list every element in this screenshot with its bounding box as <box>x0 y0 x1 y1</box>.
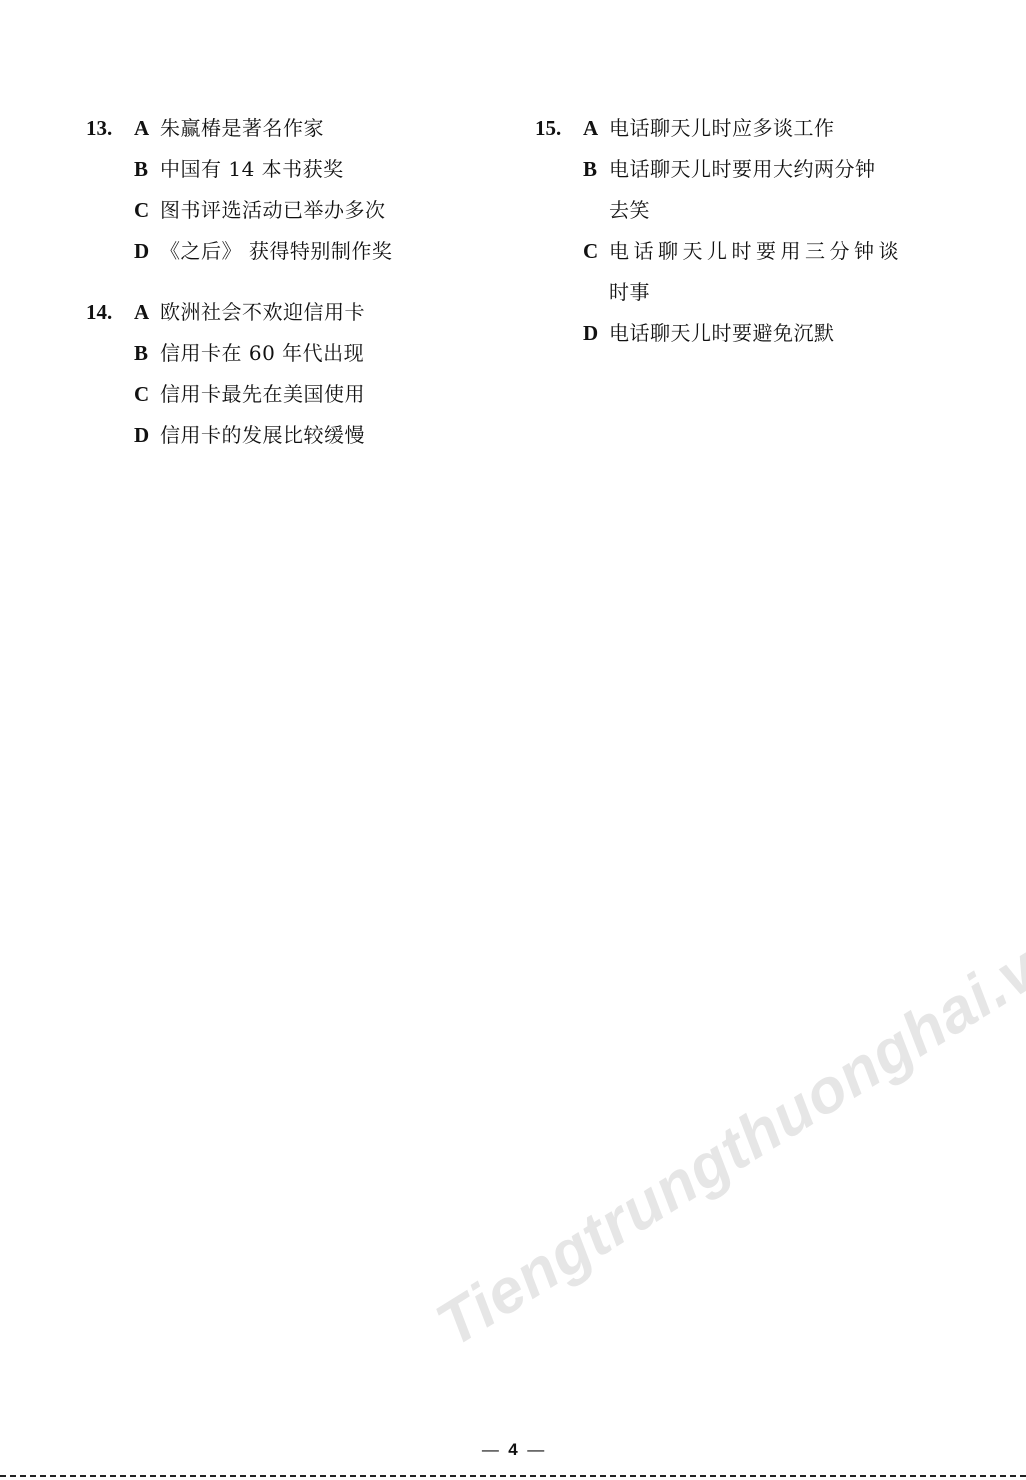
option-text: 中国有 14 本书获奖 <box>160 149 344 190</box>
option-row: C 电话聊天儿时要用三分钟谈 <box>535 231 903 272</box>
dash-left: — <box>482 1440 499 1459</box>
question-number: 14. <box>86 292 134 333</box>
page-number-value: 4 <box>508 1440 517 1459</box>
watermark: Tiengtrungthuonghai.vn <box>424 912 1026 1361</box>
option-row: C 图书评选活动已举办多次 <box>86 190 392 231</box>
option-text: 电话聊天儿时要用三分钟谈 <box>609 231 903 272</box>
option-text: 图书评选活动已举办多次 <box>160 190 386 231</box>
bottom-divider <box>0 1475 1026 1477</box>
option-text: 电话聊天儿时要避免沉默 <box>609 313 835 354</box>
option-letter: A <box>134 292 160 333</box>
question-13: 13. A 朱赢椿是著名作家 B 中国有 14 本书获奖 C 图书评选活动已举办… <box>86 108 392 272</box>
option-text: 信用卡的发展比较缓慢 <box>160 415 365 456</box>
option-row: B 中国有 14 本书获奖 <box>86 149 392 190</box>
option-row: D 电话聊天儿时要避免沉默 <box>535 313 903 354</box>
dash-right: — <box>527 1440 544 1459</box>
option-text: 电话聊天儿时应多谈工作 <box>609 108 835 149</box>
option-letter: D <box>134 415 160 456</box>
option-row: 14. A 欧洲社会不欢迎信用卡 <box>86 292 365 333</box>
page-number: — 4 — <box>0 1440 1026 1460</box>
option-text: 朱赢椿是著名作家 <box>160 108 324 149</box>
option-letter: A <box>134 108 160 149</box>
option-letter: D <box>583 313 609 354</box>
option-text: 信用卡在 60 年代出现 <box>160 333 364 374</box>
option-row: 13. A 朱赢椿是著名作家 <box>86 108 392 149</box>
question-14: 14. A 欧洲社会不欢迎信用卡 B 信用卡在 60 年代出现 C 信用卡最先在… <box>86 292 365 456</box>
option-text-continuation: 去笑 <box>535 190 903 231</box>
question-number: 13. <box>86 108 134 149</box>
question-number: 15. <box>535 108 583 149</box>
option-row: 15. A 电话聊天儿时应多谈工作 <box>535 108 903 149</box>
option-text: 电话聊天儿时要用大约两分钟 <box>609 149 876 190</box>
option-row: C 信用卡最先在美国使用 <box>86 374 365 415</box>
option-letter: C <box>134 374 160 415</box>
option-letter: A <box>583 108 609 149</box>
option-letter: D <box>134 231 160 272</box>
question-15: 15. A 电话聊天儿时应多谈工作 B 电话聊天儿时要用大约两分钟 去笑 C 电… <box>535 108 903 354</box>
option-row: D 信用卡的发展比较缓慢 <box>86 415 365 456</box>
option-letter: C <box>583 231 609 272</box>
option-text: 欧洲社会不欢迎信用卡 <box>160 292 365 333</box>
option-row: D 《之后》 获得特别制作奖 <box>86 231 392 272</box>
option-letter: B <box>134 333 160 374</box>
option-text: 《之后》 获得特别制作奖 <box>160 231 392 272</box>
option-letter: B <box>134 149 160 190</box>
option-row: B 信用卡在 60 年代出现 <box>86 333 365 374</box>
option-row: B 电话聊天儿时要用大约两分钟 <box>535 149 903 190</box>
option-text-continuation: 时事 <box>535 272 903 313</box>
option-text: 信用卡最先在美国使用 <box>160 374 365 415</box>
option-letter: B <box>583 149 609 190</box>
option-letter: C <box>134 190 160 231</box>
